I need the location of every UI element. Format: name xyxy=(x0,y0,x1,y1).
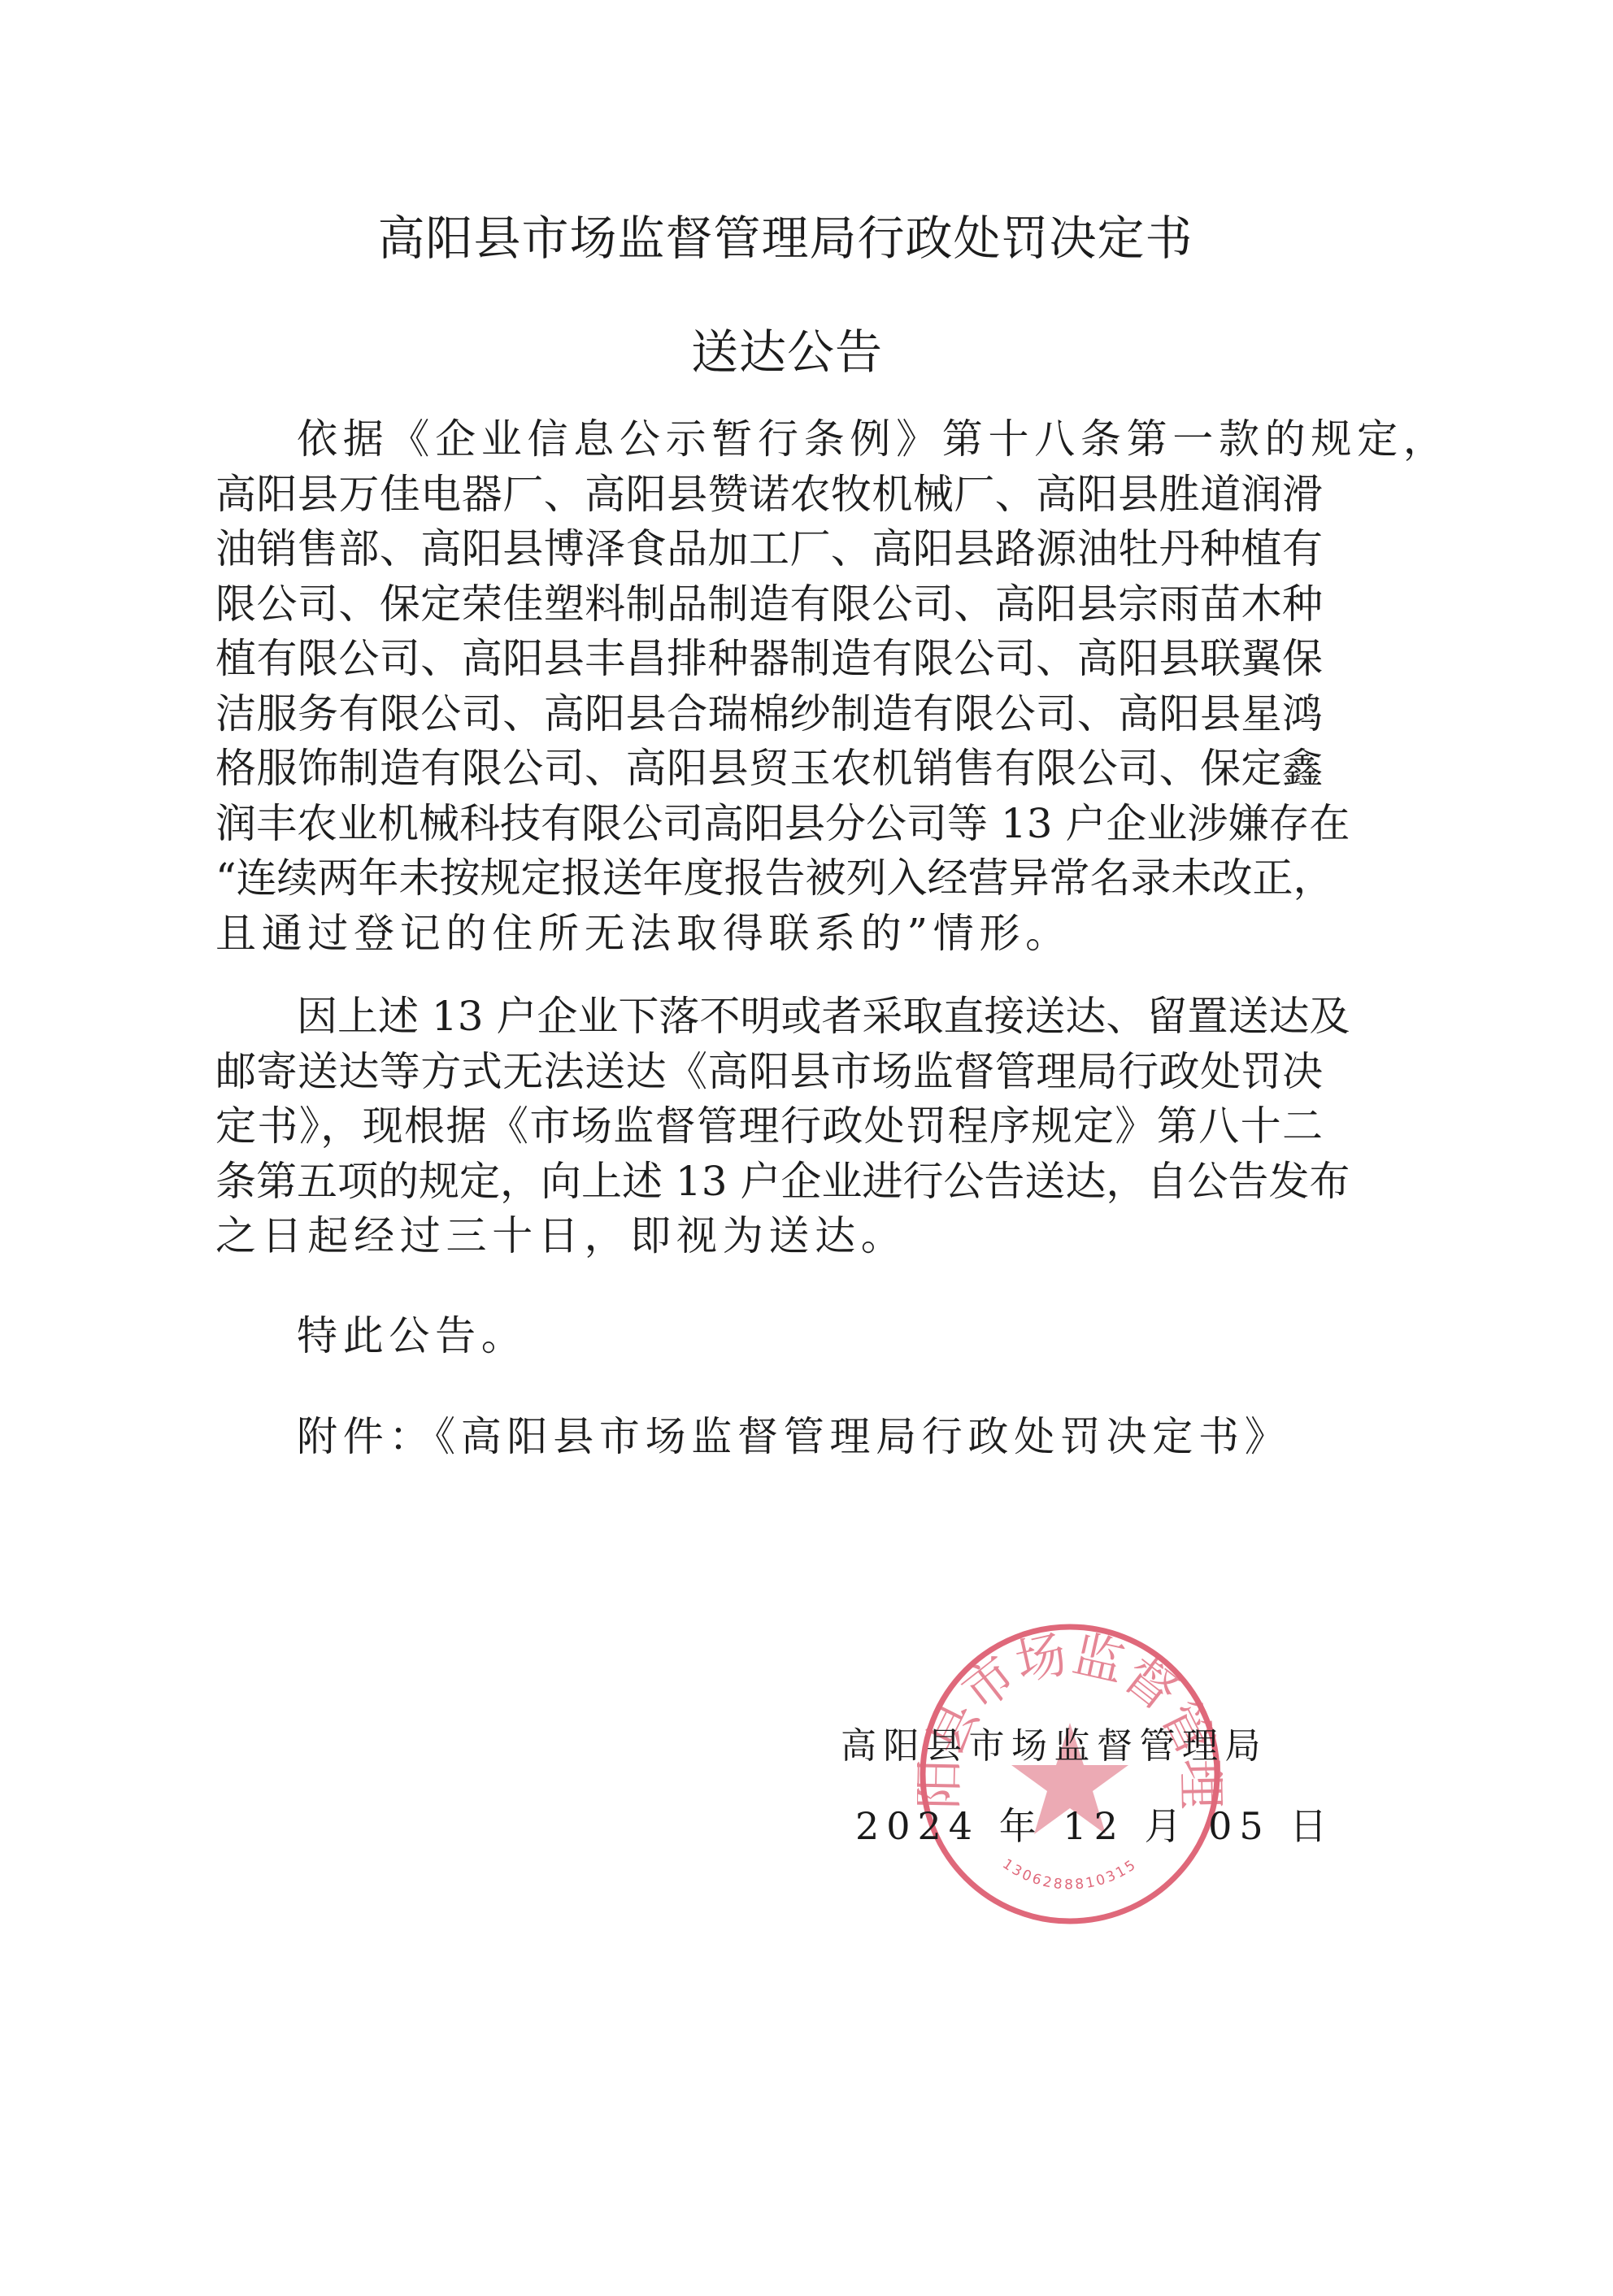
document-subtitle: 送达公告 xyxy=(0,324,1593,380)
attachment-reference: 附件：《高阳县市场监督管理局行政处罚决定书》 xyxy=(297,1412,1323,1461)
paragraph-line: 定书》，现根据《市场监督管理行政处罚程序规定》第八十二 xyxy=(215,1102,1323,1150)
seal-code: 1306288810315 xyxy=(999,1856,1141,1894)
svg-text:1306288810315: 1306288810315 xyxy=(999,1856,1141,1894)
closing-statement: 特此公告。 xyxy=(297,1311,1323,1360)
paragraph-line: 限公司、保定荣佳塑料制品制造有限公司、高阳县宗雨苗木种 xyxy=(215,580,1323,628)
paragraph-line: 油销售部、高阳县博泽食品加工厂、高阳县路源油牡丹种植有 xyxy=(215,524,1323,573)
document-title: 高阳县市场监督管理局行政处罚决定书 xyxy=(0,210,1592,267)
issuing-organization: 高阳县市场监督管理局 xyxy=(841,1722,1267,1771)
paragraph-line: 润丰农业机械科技有限公司高阳县分公司等 13 户企业涉嫌存在 xyxy=(215,799,1323,848)
issue-date: 2024 年 12 月 05 日 xyxy=(855,1802,1334,1850)
paragraph-line: 因上述 13 户企业下落不明或者采取直接送达、留置送达及 xyxy=(297,992,1323,1041)
paragraph-line: 条第五项的规定，向上述 13 户企业进行公告送达，自公告发布 xyxy=(215,1157,1323,1206)
paragraph-line: 格服饰制造有限公司、高阳县贸玉农机销售有限公司、保定鑫 xyxy=(215,744,1323,793)
paragraph-line: 洁服务有限公司、高阳县合瑞棉纱制造有限公司、高阳县星鸿 xyxy=(215,689,1323,738)
paragraph-line: “连续两年未按规定报送年度报告被列入经营异常名录未改正， xyxy=(215,854,1323,902)
paragraph-line: 依据《企业信息公示暂行条例》第十八条第一款的规定， xyxy=(297,415,1323,463)
paragraph-line: 高阳县万佳电器厂、高阳县赞诺农牧机械厂、高阳县胜道润滑 xyxy=(215,470,1323,519)
paragraph-line: 邮寄送达等方式无法送达《高阳县市场监督管理局行政处罚决 xyxy=(215,1047,1323,1096)
document-page: 高阳县市场监督管理局行政处罚决定书 送达公告 依据《企业信息公示暂行条例》第十八… xyxy=(0,0,1613,2296)
paragraph-line: 植有限公司、高阳县丰昌排种器制造有限公司、高阳县联翼保 xyxy=(215,634,1323,683)
paragraph-line: 之日起经过三十日，即视为送达。 xyxy=(215,1211,1323,1260)
official-seal-icon: 高阳县市场监督管理局 1306288810315 xyxy=(917,1621,1223,1927)
paragraph-line: 且通过登记的住所无法取得联系的”情形。 xyxy=(215,909,1323,958)
